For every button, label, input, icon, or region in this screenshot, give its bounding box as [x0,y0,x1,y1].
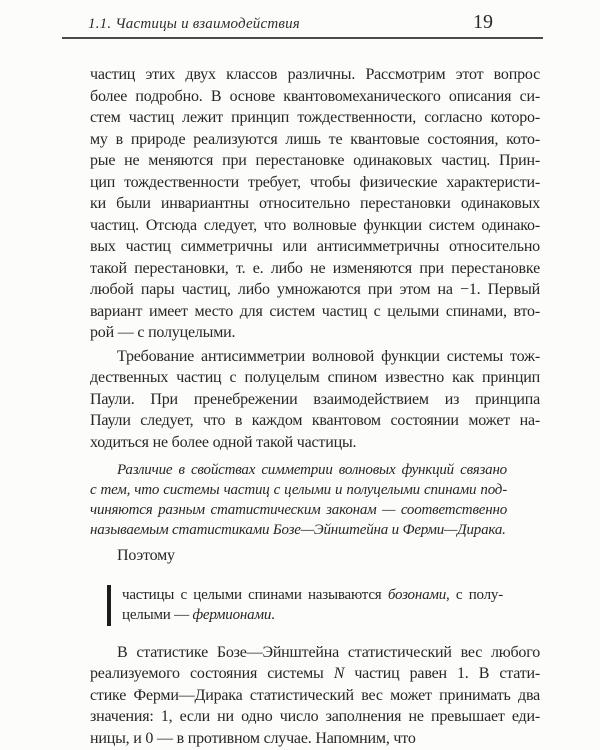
text-line: частиц этих двух классов различны. Рассм… [90,64,540,86]
text-line: Требование антисимметрии волновой функци… [90,346,540,368]
page-body: частиц этих двух классов различны. Рассм… [90,64,540,749]
text-segment: частицы с целыми спинами называются [122,587,388,603]
text-line: В статистике Бозе—Эйнштейна статистическ… [90,642,540,664]
text-line: рые не меняются при перестановке одинако… [90,150,540,172]
text-segment: , с полу- [446,587,503,603]
italic-term: N [334,665,344,682]
text-segment: частиц равен 1. В стати- [344,665,540,682]
text-line: ницы, и 0 — в противном случае. Напомним… [90,728,540,750]
text-line: Паули следует, что в каждом квантовом со… [90,410,540,432]
text-line: целыми — фермионами. [122,605,503,626]
italic-term: фермионами [192,607,271,623]
text-line: ходиться не более одной такой частицы. [90,432,540,454]
blockquote-bosons-fermions: частицы с целыми спинами называются бозо… [107,585,503,626]
text-line: Поэтому [90,545,540,567]
text-line: му в природе реализуются лишь те квантов… [90,129,540,151]
page-header: 1.1. Частицы и взаимодействия 19 [62,11,543,39]
text-line: вариант имеет место для систем частиц с … [90,301,540,323]
text-line: более подробно. В основе квантовомеханич… [90,86,540,108]
section-heading: 1.1. Частицы и взаимодействия [88,16,300,33]
paragraph-pauli-principle: Требование антисимметрии волновой функци… [90,346,540,454]
text-line: значения: 1, если ни одно число заполнен… [90,706,540,728]
text-line: стике Ферми—Дирака статистический вес мо… [90,685,540,707]
text-line: чиняются разным статистическим законам —… [90,500,507,520]
text-segment: целыми — [122,607,192,623]
text-line: стем частиц лежит принцип тождественност… [90,107,540,129]
book-page: 1.1. Частицы и взаимодействия 19 частиц … [0,0,600,750]
page-number: 19 [473,11,493,34]
text-line: любой пары частиц, либо умножаются при э… [90,279,540,301]
paragraph-italic-note: Различие в свойствах симметрии волновых … [90,460,507,540]
text-line: ки были инвариантны относительно переста… [90,193,540,215]
text-line: называемым статистиками Бозе—Эйнштейна и… [90,520,507,540]
text-line: вых частиц симметричны или антисимметрич… [90,236,540,258]
text-line: реализуемого состояния системы N частиц … [90,663,540,685]
text-line: Различие в свойствах симметрии волновых … [90,460,507,480]
paragraph-statistics: В статистике Бозе—Эйнштейна статистическ… [90,642,540,750]
text-line: с тем, что системы частиц с целыми и пол… [90,480,507,500]
italic-term: бозонами [388,587,446,603]
text-line: частиц. Отсюда следует, что волновые фун… [90,215,540,237]
text-segment: реализуемого состояния системы [90,665,334,682]
text-line: дественных частиц с полуцелым спином изв… [90,367,540,389]
text-line: Паули. При пренебрежении взаимодействием… [90,389,540,411]
text-line: такой перестановки, т. е. либо не изменя… [90,258,540,280]
paragraph-identity-principle: частиц этих двух классов различны. Рассм… [90,64,540,344]
paragraph-poetomu: Поэтому [90,545,540,567]
text-segment: . [271,607,275,623]
text-line: цип тождественности требует, чтобы физич… [90,172,540,194]
text-line: рой — с полуцелыми. [90,322,540,344]
text-line: частицы с целыми спинами называются бозо… [122,585,503,606]
